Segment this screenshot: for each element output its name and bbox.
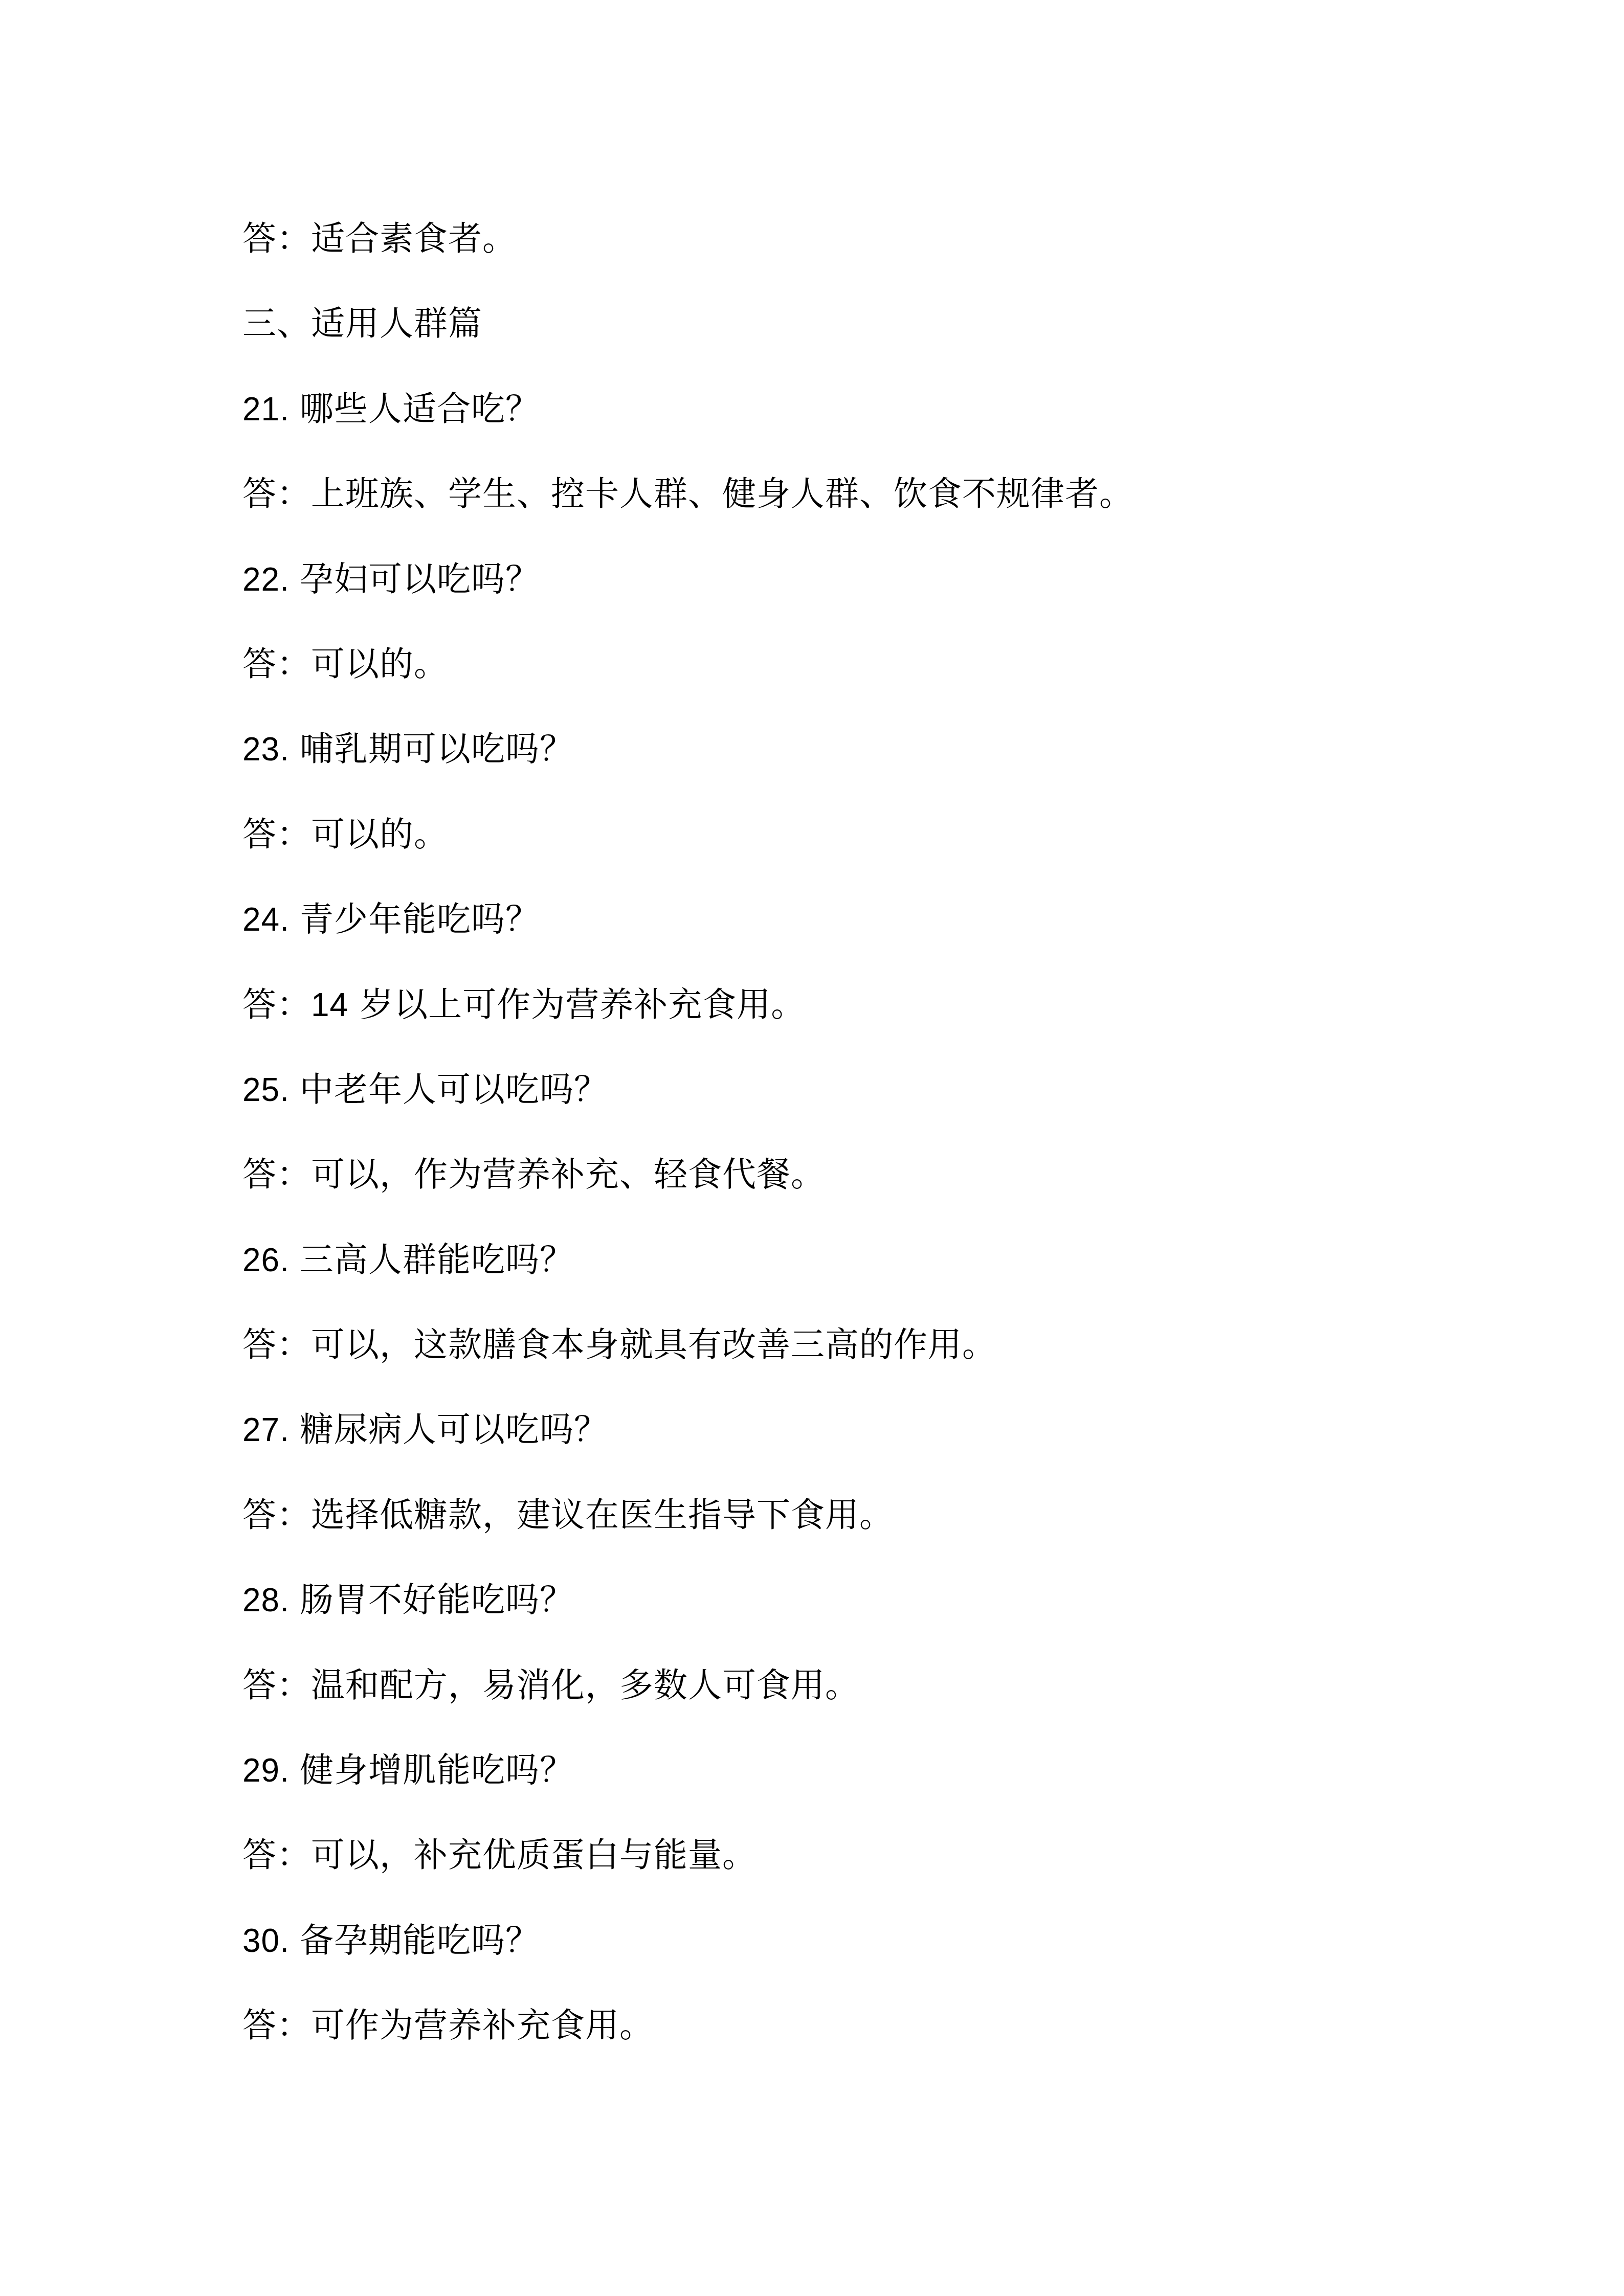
question-number: 25. — [242, 1071, 290, 1108]
answer-line: 答：选择低糖款，建议在医生指导下食用。 — [242, 1473, 1419, 1558]
answer-line: 答：可以，作为营养补充、轻食代餐。 — [242, 1132, 1419, 1217]
question-number: 21. — [242, 391, 290, 427]
question-text: 三高人群能吃吗？ — [300, 1240, 574, 1279]
question-text: 哺乳期可以吃吗？ — [300, 729, 574, 769]
answer-text: 岁以上可作为营养补充食用。 — [348, 985, 805, 1024]
question-line: 29.健身增肌能吃吗？ — [242, 1728, 1419, 1813]
answer-line: 答：温和配方，易消化，多数人可食用。 — [242, 1643, 1419, 1728]
answer-line: 答：可以的。 — [242, 622, 1419, 707]
question-text: 青少年能吃吗？ — [300, 899, 540, 939]
question-number: 22. — [242, 561, 290, 598]
question-text: 哪些人适合吃？ — [300, 389, 540, 429]
document-page: 答：适合素食者。 三、适用人群篇 21.哪些人适合吃？ 答：上班族、学生、控卡人… — [0, 0, 1624, 2296]
answer-prefix: 答： — [242, 985, 311, 1024]
question-text: 肠胃不好能吃吗？ — [300, 1580, 574, 1619]
section-heading: 三、适用人群篇 — [242, 281, 1419, 366]
question-number: 29. — [242, 1752, 290, 1789]
question-number: 26. — [242, 1242, 290, 1278]
answer-line: 答：可以的。 — [242, 792, 1419, 877]
question-line: 27.糖尿病人可以吃吗？ — [242, 1387, 1419, 1472]
question-number: 23. — [242, 731, 290, 768]
question-line: 25.中老年人可以吃吗？ — [242, 1047, 1419, 1132]
answer-age-number: 14 — [311, 986, 348, 1023]
question-text: 备孕期能吃吗？ — [300, 1921, 540, 1960]
question-line: 26.三高人群能吃吗？ — [242, 1218, 1419, 1302]
question-line: 28.肠胃不好能吃吗？ — [242, 1558, 1419, 1642]
question-line: 23.哺乳期可以吃吗？ — [242, 707, 1419, 792]
question-number: 28. — [242, 1582, 290, 1618]
question-line: 30.备孕期能吃吗？ — [242, 1898, 1419, 1983]
answer-line: 答：可以，这款膳食本身就具有改善三高的作用。 — [242, 1302, 1419, 1387]
question-number: 30. — [242, 1922, 290, 1959]
question-line: 22.孕妇可以吃吗？ — [242, 537, 1419, 622]
answer-line: 答：上班族、学生、控卡人群、健身人群、饮食不规律者。 — [242, 452, 1419, 536]
answer-line: 答：14 岁以上可作为营养补充食用。 — [242, 962, 1419, 1047]
question-text: 中老年人可以吃吗？ — [300, 1070, 608, 1109]
question-number: 24. — [242, 901, 290, 938]
question-number: 27. — [242, 1411, 290, 1448]
answer-line: 答：可作为营养补充食用。 — [242, 1983, 1419, 2068]
question-text: 健身增肌能吃吗？ — [300, 1750, 574, 1790]
question-text: 孕妇可以吃吗？ — [300, 559, 540, 599]
answer-line: 答：可以，补充优质蛋白与能量。 — [242, 1813, 1419, 1898]
question-text: 糖尿病人可以吃吗？ — [300, 1410, 608, 1449]
question-line: 24.青少年能吃吗？ — [242, 877, 1419, 962]
document-body: 答：适合素食者。 三、适用人群篇 21.哪些人适合吃？ 答：上班族、学生、控卡人… — [242, 196, 1419, 2068]
answer-line: 答：适合素食者。 — [242, 196, 1419, 281]
question-line: 21.哪些人适合吃？ — [242, 367, 1419, 452]
